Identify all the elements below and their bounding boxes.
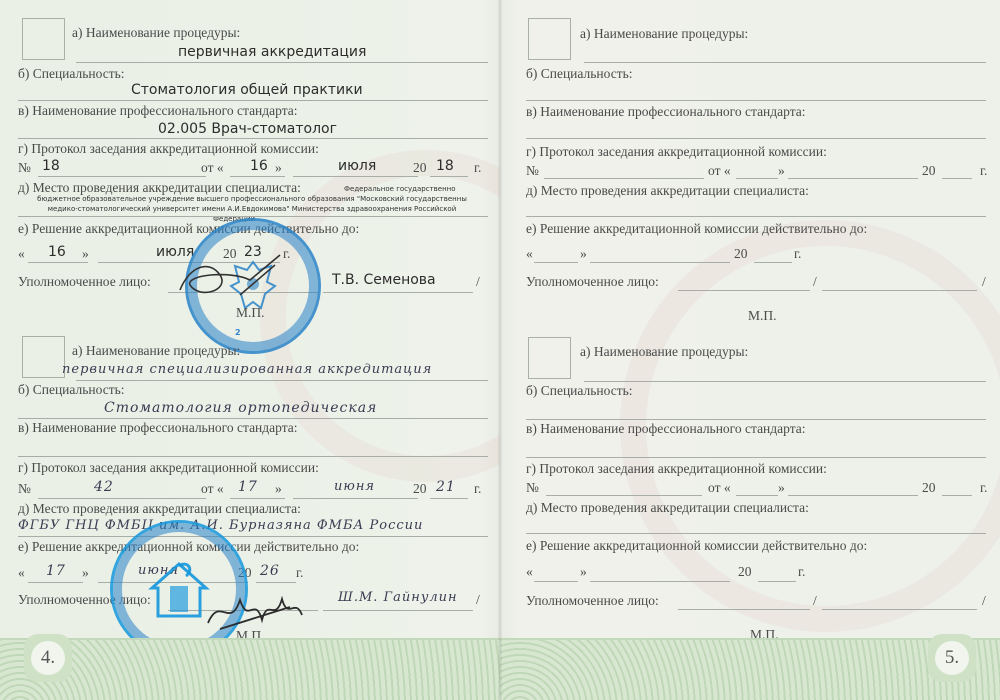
- authorized-name: Т.В. Семенова: [332, 272, 436, 288]
- slash: /: [813, 593, 817, 609]
- underline: [76, 380, 488, 381]
- procedure-label: а) Наименование процедуры:: [580, 344, 748, 360]
- underline: [323, 610, 473, 611]
- underline: [534, 581, 578, 582]
- underline: [584, 62, 986, 63]
- entry-checkbox[interactable]: [22, 336, 65, 378]
- underline: [28, 582, 83, 583]
- procedure-label: а) Наименование процедуры:: [72, 343, 240, 359]
- protocol-year: 21: [436, 479, 456, 495]
- underline: [754, 262, 792, 263]
- protocol-year: 18: [436, 158, 454, 174]
- underline: [942, 178, 972, 179]
- underline: [526, 533, 986, 534]
- from-close: »: [778, 163, 785, 179]
- specialty-label: б) Специальность:: [526, 66, 633, 82]
- underline: [18, 456, 488, 457]
- underline: [942, 495, 972, 496]
- from-close: »: [275, 160, 282, 176]
- procedure-value: первичная аккредитация: [178, 44, 366, 60]
- guilloche-border: [500, 638, 1000, 700]
- valid-year: 26: [260, 563, 280, 579]
- standard-label: в) Наименование профессионального станда…: [526, 421, 806, 437]
- underline: [18, 418, 488, 419]
- valid-day: 17: [46, 563, 66, 579]
- quote-open: «: [18, 565, 25, 581]
- number-sign: №: [526, 163, 539, 179]
- underline: [293, 176, 418, 177]
- underline: [590, 581, 730, 582]
- authorized-name: Ш.М. Гайнулин: [338, 590, 458, 605]
- valid-until-label: е) Решение аккредитационной комиссии дей…: [526, 538, 867, 554]
- underline: [736, 178, 778, 179]
- standard-value: 02.005 Врач-стоматолог: [158, 121, 337, 137]
- entry-checkbox[interactable]: [22, 18, 65, 60]
- underline: [76, 62, 488, 63]
- specialty-label: б) Специальность:: [18, 382, 125, 398]
- underline: [546, 495, 702, 496]
- specialty-value: Стоматология общей практики: [131, 82, 363, 98]
- underline: [526, 100, 986, 101]
- underline: [758, 581, 796, 582]
- page-number: 4.: [31, 641, 65, 675]
- underline: [822, 609, 977, 610]
- number-sign: №: [526, 480, 539, 496]
- underline: [526, 138, 986, 139]
- page-right: а) Наименование процедуры: б) Специально…: [500, 0, 1000, 700]
- protocol-label: г) Протокол заседания аккредитационной к…: [526, 144, 827, 160]
- year-prefix: 20: [738, 564, 752, 580]
- from-open: от «: [708, 480, 731, 496]
- slash: /: [476, 274, 480, 290]
- from-open: от «: [201, 481, 224, 497]
- page-left: а) Наименование процедуры: первичная акк…: [0, 0, 500, 700]
- quote-close: »: [580, 564, 587, 580]
- underline: [230, 176, 285, 177]
- place-value: ФГБУ ГНЦ ФМБЦ им. А.И. Бурназяна ФМБА Ро…: [18, 518, 423, 533]
- quote-open: «: [526, 564, 533, 580]
- year-suffix: г.: [798, 564, 805, 580]
- year-prefix: 20: [922, 480, 936, 496]
- protocol-month: июля: [338, 158, 376, 174]
- underline: [788, 178, 918, 179]
- specialty-value: Стоматология ортопедическая: [104, 400, 377, 416]
- year-suffix: г.: [980, 480, 987, 496]
- underline: [526, 216, 986, 217]
- underline: [28, 262, 88, 263]
- signature-2: [200, 585, 310, 635]
- underline: [430, 176, 468, 177]
- underline: [38, 176, 206, 177]
- signature-1: [170, 245, 290, 305]
- number-sign: №: [18, 160, 31, 176]
- slash: /: [982, 274, 986, 290]
- page-number-badge: 4.: [24, 634, 72, 682]
- procedure-label: а) Наименование процедуры:: [580, 26, 748, 42]
- certificate-spread: а) Наименование процедуры: первичная акк…: [0, 0, 1000, 700]
- protocol-day: 16: [250, 158, 268, 174]
- place-label: д) Место проведения аккредитации специал…: [526, 183, 809, 199]
- underline: [38, 498, 206, 499]
- procedure-value: первичная специализированная аккредитаци…: [62, 362, 432, 377]
- protocol-number: 42: [94, 479, 114, 495]
- valid-until-label: е) Решение аккредитационной комиссии дей…: [18, 221, 359, 237]
- from-open: от «: [201, 160, 224, 176]
- standard-label: в) Наименование профессионального станда…: [526, 104, 806, 120]
- authorized-label: Уполномоченное лицо:: [18, 274, 151, 290]
- underline: [18, 138, 488, 139]
- from-open: от «: [708, 163, 731, 179]
- year-suffix: г.: [296, 565, 303, 581]
- signature-line: [678, 290, 810, 291]
- year-prefix: 20: [413, 481, 427, 497]
- protocol-label: г) Протокол заседания аккредитационной к…: [526, 461, 827, 477]
- page-fold: [498, 0, 502, 700]
- entry-checkbox[interactable]: [528, 337, 571, 379]
- underline: [544, 178, 704, 179]
- underline: [293, 498, 418, 499]
- protocol-day: 17: [238, 479, 258, 495]
- quote-close: »: [82, 246, 89, 262]
- quote-open: «: [18, 246, 25, 262]
- entry-3: а) Наименование процедуры: б) Специально…: [526, 18, 986, 318]
- protocol-number: 18: [42, 158, 60, 174]
- quote-close: »: [82, 565, 89, 581]
- year-prefix: 20: [734, 246, 748, 262]
- procedure-label: а) Наименование процедуры:: [72, 25, 240, 41]
- from-close: »: [275, 481, 282, 497]
- underline: [534, 262, 578, 263]
- authorized-label: Уполномоченное лицо:: [526, 593, 659, 609]
- place-label: д) Место проведения аккредитации специал…: [526, 500, 809, 516]
- seal-mark: М.П.: [236, 305, 265, 321]
- seal-mark: М.П.: [748, 308, 777, 324]
- place-label: д) Место проведения аккредитации специал…: [18, 501, 301, 517]
- slash: /: [982, 593, 986, 609]
- year-prefix: 20: [413, 160, 427, 176]
- specialty-label: б) Специальность:: [18, 66, 125, 82]
- protocol-month: июня: [334, 479, 375, 494]
- protocol-label: г) Протокол заседания аккредитационной к…: [18, 460, 319, 476]
- underline: [430, 498, 468, 499]
- standard-label: в) Наименование профессионального станда…: [18, 420, 298, 436]
- protocol-label: г) Протокол заседания аккредитационной к…: [18, 141, 319, 157]
- year-suffix: г.: [474, 481, 481, 497]
- underline: [18, 100, 488, 101]
- slash: /: [813, 274, 817, 290]
- standard-label: в) Наименование профессионального станда…: [18, 103, 298, 119]
- underline: [584, 381, 986, 382]
- year-prefix: 20: [922, 163, 936, 179]
- page-number-badge: 5.: [928, 634, 976, 682]
- signature-line: [678, 609, 810, 610]
- entry-4: а) Наименование процедуры: б) Специально…: [526, 337, 986, 647]
- underline: [256, 582, 296, 583]
- underline: [822, 290, 977, 291]
- underline: [736, 495, 778, 496]
- valid-until-label: е) Решение аккредитационной комиссии дей…: [526, 221, 867, 237]
- page-number: 5.: [935, 641, 969, 675]
- quote-close: »: [580, 246, 587, 262]
- year-suffix: г.: [794, 246, 801, 262]
- guilloche-border: [0, 638, 500, 700]
- year-suffix: г.: [474, 160, 481, 176]
- slash: /: [476, 592, 480, 608]
- quote-open: «: [526, 246, 533, 262]
- authorized-label: Уполномоченное лицо:: [526, 274, 659, 290]
- underline: [323, 292, 473, 293]
- underline: [18, 216, 488, 217]
- number-sign: №: [18, 481, 31, 497]
- entry-checkbox[interactable]: [528, 18, 571, 60]
- specialty-label: б) Специальность:: [526, 383, 633, 399]
- underline: [590, 262, 730, 263]
- underline: [526, 457, 986, 458]
- from-close: »: [778, 480, 785, 496]
- underline: [230, 498, 285, 499]
- underline: [526, 419, 986, 420]
- valid-day: 16: [48, 244, 66, 260]
- underline: [18, 536, 488, 537]
- year-suffix: г.: [980, 163, 987, 179]
- underline: [788, 495, 918, 496]
